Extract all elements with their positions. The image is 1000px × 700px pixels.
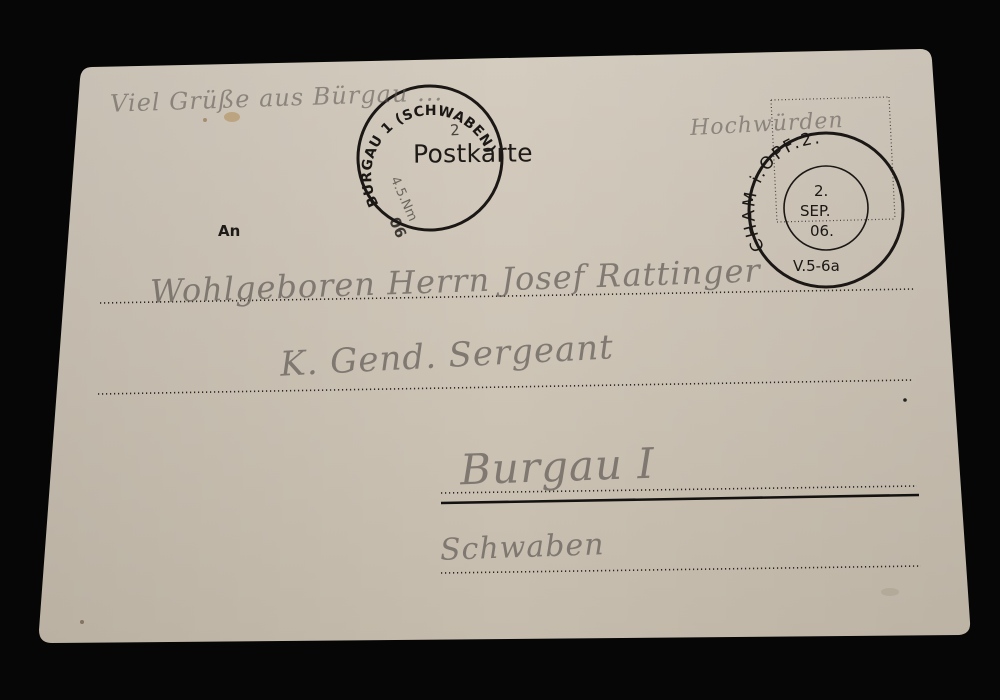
handwriting-town: Burgau I — [459, 439, 656, 495]
postkarte-heading: Postkarte — [413, 138, 533, 168]
handwriting-top-right: Hochwürden — [689, 108, 844, 141]
postcard-text-layer: Postkarte An Viel Grüße aus Bürgau ... H… — [0, 0, 1000, 700]
handwriting-region: Schwaben — [439, 527, 605, 568]
handwriting-top-left: Viel Grüße aus Bürgau ... — [110, 78, 444, 118]
address-label: An — [218, 222, 240, 240]
handwriting-recipient-title: K. Gend. Sergeant — [279, 327, 615, 384]
handwriting-recipient-name: Wohlgeboren Herrn Josef Rattinger — [150, 251, 762, 310]
photo-scene: BURGAU 1 (SCHWABEN) 2 4.5.Nm 06 CHAM i.O… — [0, 0, 1000, 700]
